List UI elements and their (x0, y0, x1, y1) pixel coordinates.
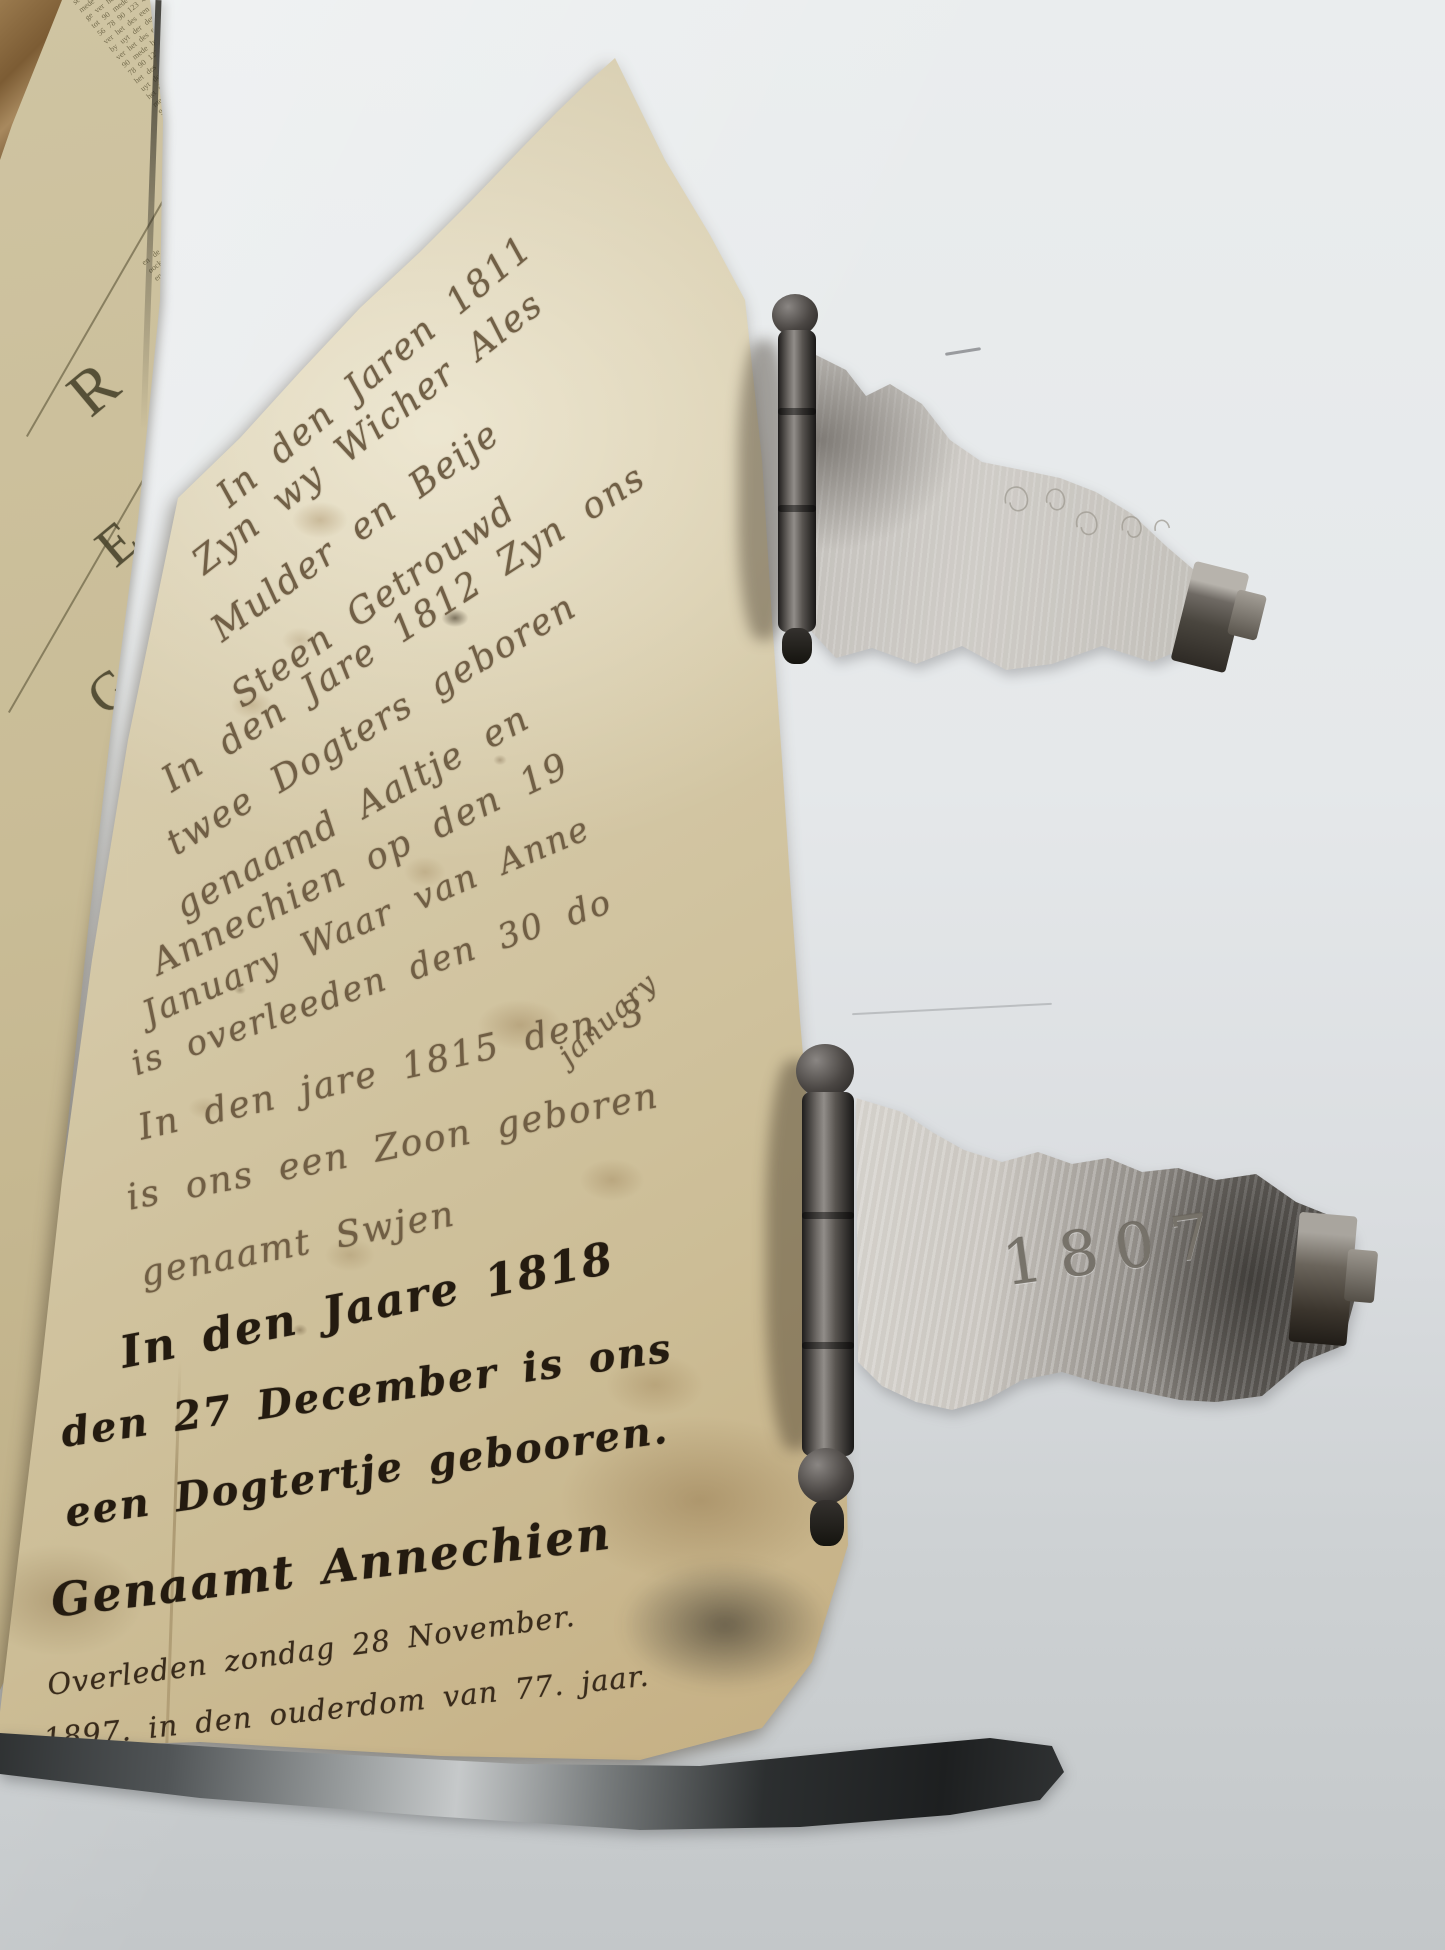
lower-clasp-catch-tab (1344, 1249, 1378, 1303)
silver-clasps: 1807 (0, 0, 1445, 1950)
hinge-pin-segment (802, 1212, 854, 1219)
photo-antique-book: en de se ge ver het des een om dat van a… (0, 0, 1445, 1950)
lower-hinge-pin (802, 1092, 854, 1456)
lower-clasp-strap (0, 0, 1445, 1950)
lower-hinge-pin-finial (796, 1044, 854, 1098)
lower-hinge-pin-bottom-finial (798, 1448, 854, 1504)
lower-clasp-wrap (0, 0, 1445, 1950)
lower-hinge-pin-tip (810, 1500, 844, 1546)
hinge-pin-segment (802, 1342, 854, 1349)
